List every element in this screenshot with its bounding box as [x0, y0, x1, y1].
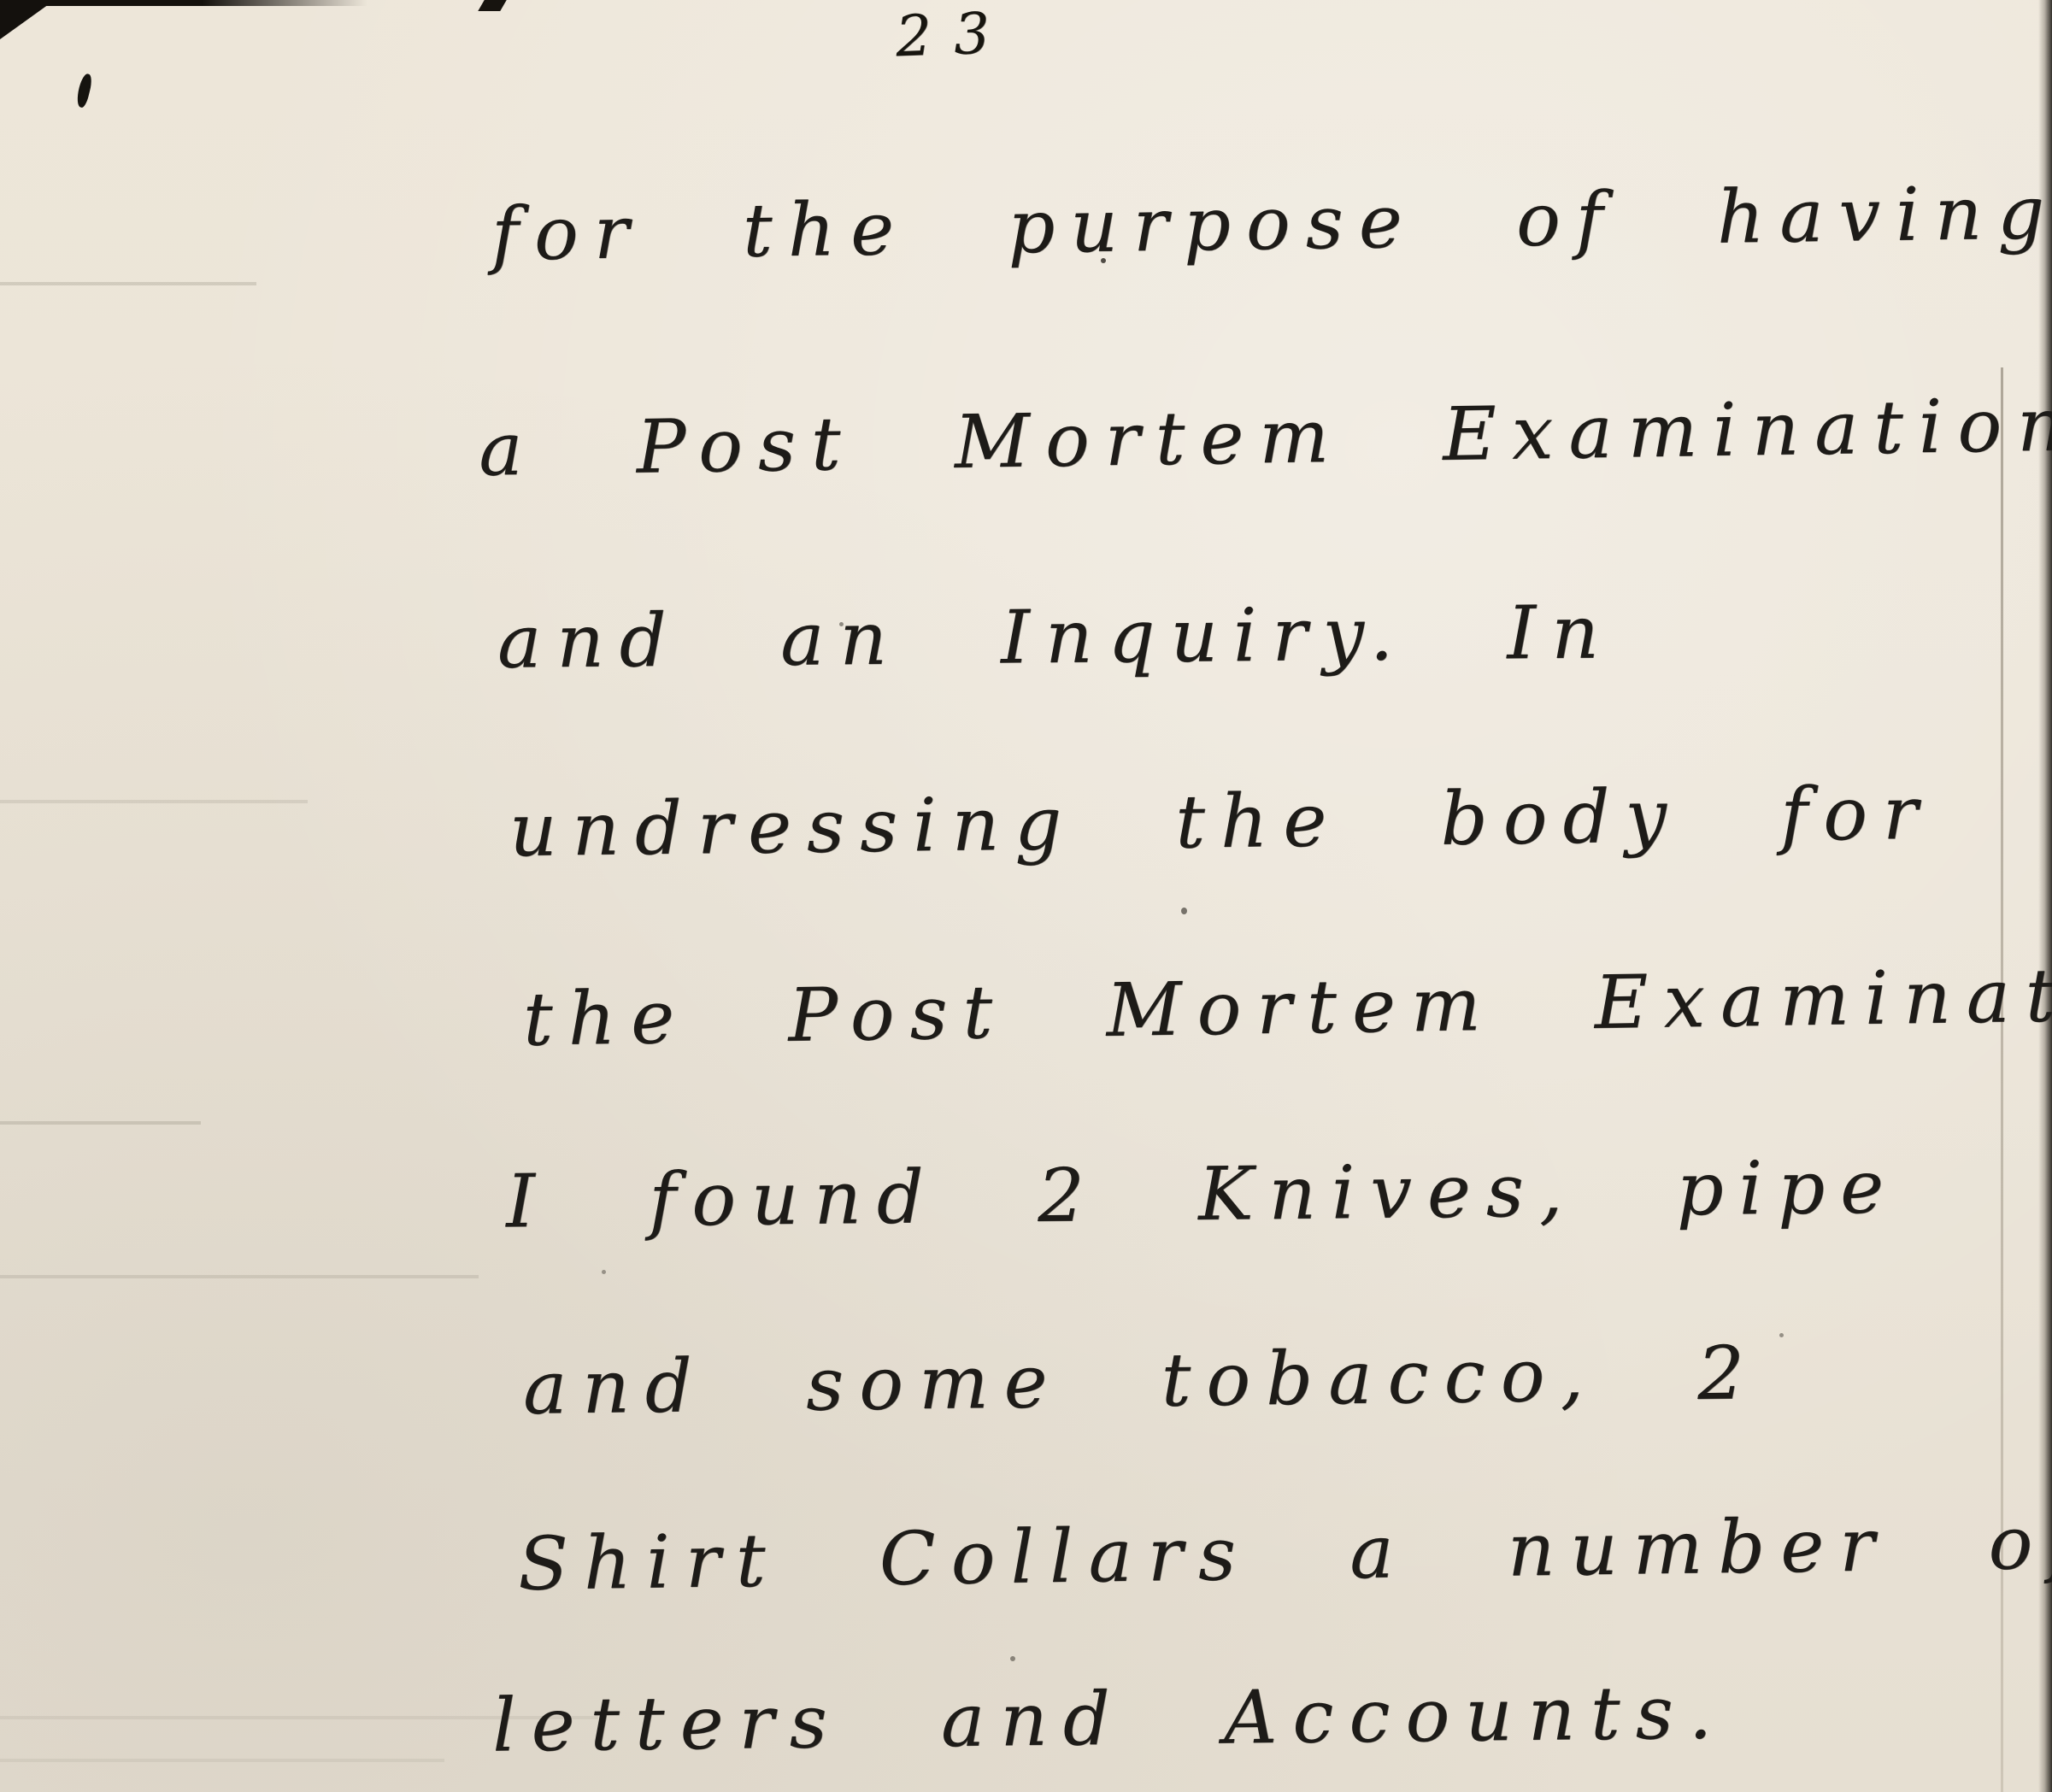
ink-speck	[1010, 1656, 1015, 1661]
page-number: 23	[895, 0, 1014, 69]
manuscript-page: 23 for the purpose of having a Post Mort…	[0, 0, 2052, 1792]
ink-speck	[1779, 1333, 1784, 1337]
manuscript-line: I found 2 Knives, pipe	[506, 1144, 1900, 1244]
faint-margin-line	[0, 1275, 479, 1278]
manuscript-line: and some tobacco, 2	[522, 1331, 1760, 1431]
manuscript-line: letters and Accounts.	[492, 1670, 1728, 1768]
faint-margin-line	[0, 800, 308, 803]
manuscript-line: Shirt Collars a number of	[517, 1500, 2052, 1607]
faint-margin-line	[0, 282, 256, 285]
manuscript-line: undressing the body for	[509, 771, 1933, 873]
faint-margin-line	[0, 1121, 201, 1125]
faint-margin-line	[0, 1759, 444, 1762]
scan-top-edge-shadow	[0, 0, 367, 6]
manuscript-line: for the purpose of having	[491, 170, 2052, 278]
ink-speck	[1181, 908, 1187, 914]
scan-top-edge-mark	[478, 0, 507, 11]
manuscript-line: and an Inquiry. In	[497, 590, 1614, 684]
manuscript-line: the Post Mortem Examination	[522, 950, 2052, 1062]
ink-speck	[602, 1270, 606, 1274]
manuscript-line: a Post Mortem Examination	[478, 382, 2052, 492]
stray-ink-mark	[74, 73, 93, 109]
